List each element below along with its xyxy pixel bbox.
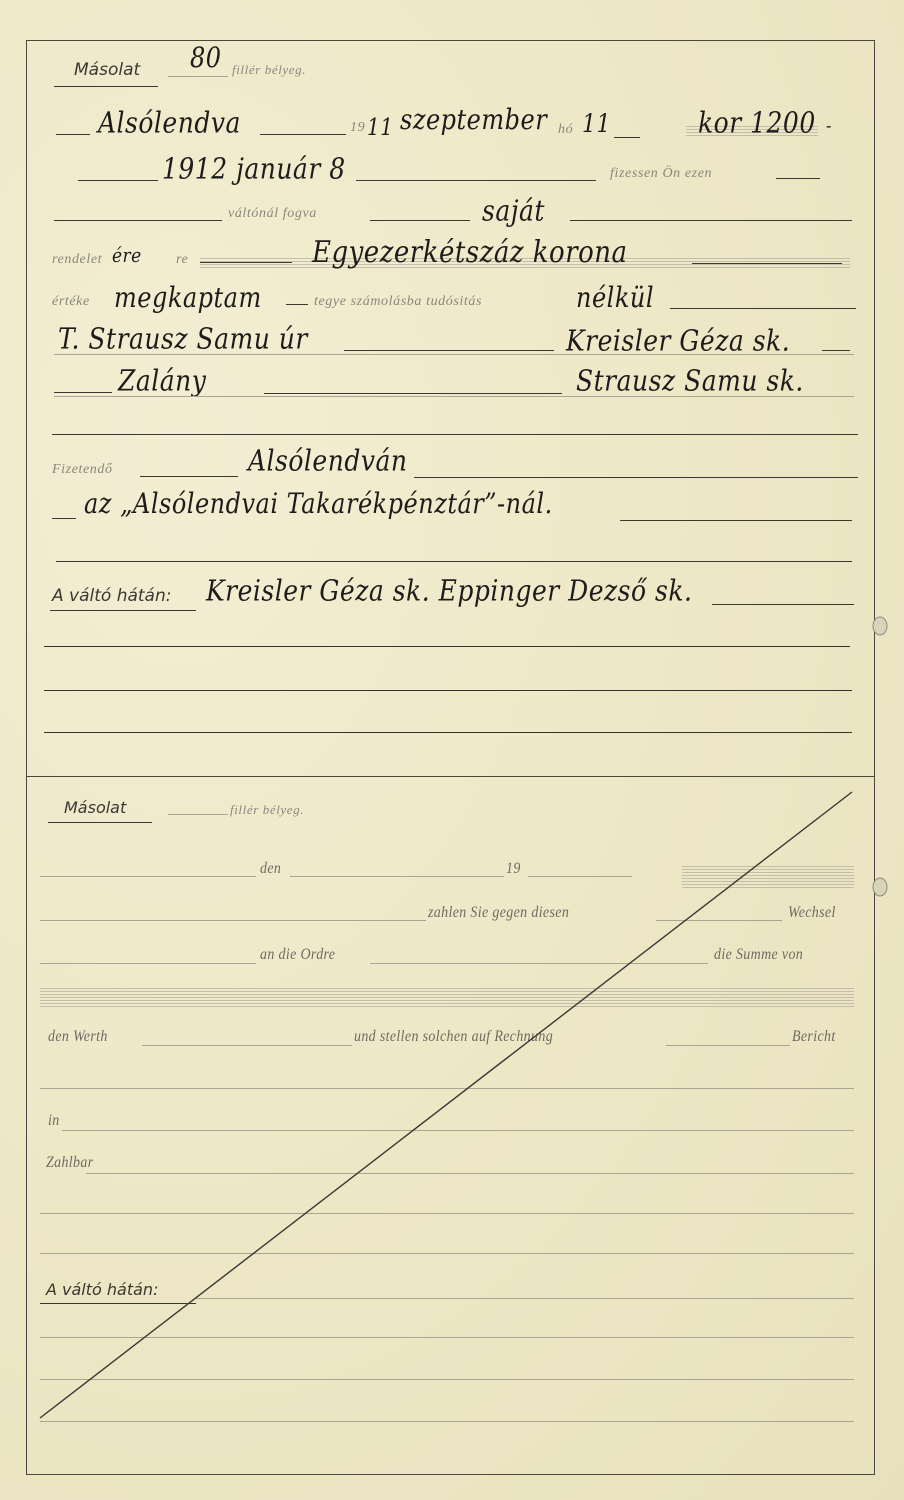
payable-at: az „Alsólendvai Takarékpénztár”-nál. — [84, 488, 553, 520]
ordre-label: an die Ordre — [260, 946, 335, 964]
line — [56, 561, 852, 562]
amount-box-lower — [682, 864, 854, 888]
zahlbar-label: Zahlbar — [46, 1154, 93, 1172]
line — [670, 308, 856, 309]
sum-words-box-lower — [40, 986, 854, 1008]
stamp-line — [168, 76, 228, 77]
bericht-label: Bericht — [792, 1028, 836, 1046]
line — [142, 1045, 352, 1046]
line — [528, 876, 632, 877]
line — [344, 350, 554, 351]
account-label: tegye számolásba tudósitás — [314, 294, 482, 310]
line — [40, 1421, 854, 1422]
line — [56, 134, 90, 135]
line — [52, 518, 76, 519]
line — [614, 137, 640, 138]
line — [62, 1130, 854, 1131]
back-of-bill-label-lower: A váltó hátán: — [46, 1280, 158, 1299]
back-label-lower-underline — [40, 1303, 196, 1304]
month-label: hó — [558, 122, 573, 138]
line — [290, 876, 504, 877]
stamp-label-lower: fillér bélyeg. — [230, 802, 304, 818]
drawer-signature-1: Kreisler Géza sk. — [566, 324, 790, 357]
back-label-underline — [50, 610, 196, 611]
year-written: 11 — [367, 113, 393, 141]
stellen-label: und stellen solchen auf Rechnung — [354, 1028, 553, 1046]
section-divider — [26, 776, 875, 777]
stamp-value: 80 — [190, 42, 222, 74]
line — [692, 263, 842, 264]
amount-figure: kor 1200 — [698, 106, 816, 139]
year-label: 19 — [506, 860, 521, 878]
line — [40, 876, 256, 877]
copy-title-lower: Másolat — [64, 798, 126, 817]
line — [44, 646, 850, 647]
line — [54, 220, 222, 221]
order-label-handwritten: ére — [112, 245, 142, 268]
in-label: in — [48, 1112, 60, 1130]
amount-dash: - — [826, 115, 832, 137]
line — [44, 690, 852, 691]
line — [54, 392, 112, 393]
line — [40, 1337, 854, 1338]
line — [52, 434, 858, 435]
year-printed: 19 — [350, 120, 365, 136]
line — [86, 1173, 854, 1174]
copy-title: Másolat — [74, 60, 140, 80]
line — [40, 1088, 854, 1089]
line — [40, 920, 426, 921]
line — [776, 178, 820, 179]
line — [78, 180, 158, 181]
copy-title-underline — [54, 86, 158, 87]
line — [40, 1253, 854, 1254]
line — [40, 1213, 854, 1214]
drawee-name: T. Strausz Samu úr — [58, 322, 308, 355]
line — [40, 963, 256, 964]
zahlen-label: zahlen Sie gegen diesen — [428, 904, 569, 922]
wechsel-label: Wechsel — [788, 904, 836, 922]
payable-label: Fizetendő — [52, 462, 113, 478]
order-label: rendelet — [52, 252, 102, 268]
line — [370, 220, 470, 221]
line — [822, 350, 850, 351]
line — [370, 963, 708, 964]
issue-month: szeptember — [400, 104, 547, 136]
line — [196, 1298, 854, 1299]
line — [666, 1045, 790, 1046]
line — [264, 393, 562, 394]
line — [140, 476, 238, 477]
issue-day: 11 — [582, 110, 611, 139]
back-of-bill-label: A váltó hátán: — [52, 586, 171, 606]
drawer-signature-2: Strausz Samu sk. — [576, 364, 804, 397]
line — [168, 814, 228, 815]
line — [656, 920, 782, 921]
line — [44, 732, 852, 733]
payable-place: Alsólendván — [248, 444, 407, 477]
value-received: megkaptam — [114, 282, 262, 314]
value-label: értéke — [52, 294, 90, 310]
line — [620, 520, 852, 521]
copy-title-lower-underline — [48, 822, 152, 823]
order-label-suffix: re — [176, 252, 188, 268]
endorsements: Kreisler Géza sk. Eppinger Dezső sk. — [206, 574, 692, 607]
line — [570, 220, 852, 221]
stamp-label: fillér bélyeg. — [232, 62, 306, 78]
line — [286, 304, 308, 305]
line — [356, 180, 596, 181]
den-label: den — [260, 860, 281, 878]
order-of: saját — [482, 194, 545, 227]
pay-label: fizessen Ön ezen — [610, 166, 712, 182]
without-notice: nélkül — [576, 282, 654, 314]
line — [260, 134, 346, 135]
bill-label: váltónál fogva — [228, 206, 317, 222]
due-date: 1912 január 8 — [162, 152, 346, 185]
sum-in-words: Egyezerkétszáz korona — [312, 236, 628, 271]
line — [712, 604, 854, 605]
summe-label: die Summe von — [714, 946, 803, 964]
drawee-place: Zalány — [118, 364, 206, 397]
werth-label: den Werth — [48, 1028, 108, 1046]
line — [414, 477, 858, 478]
issue-place: Alsólendva — [98, 106, 241, 139]
line — [40, 1379, 854, 1380]
